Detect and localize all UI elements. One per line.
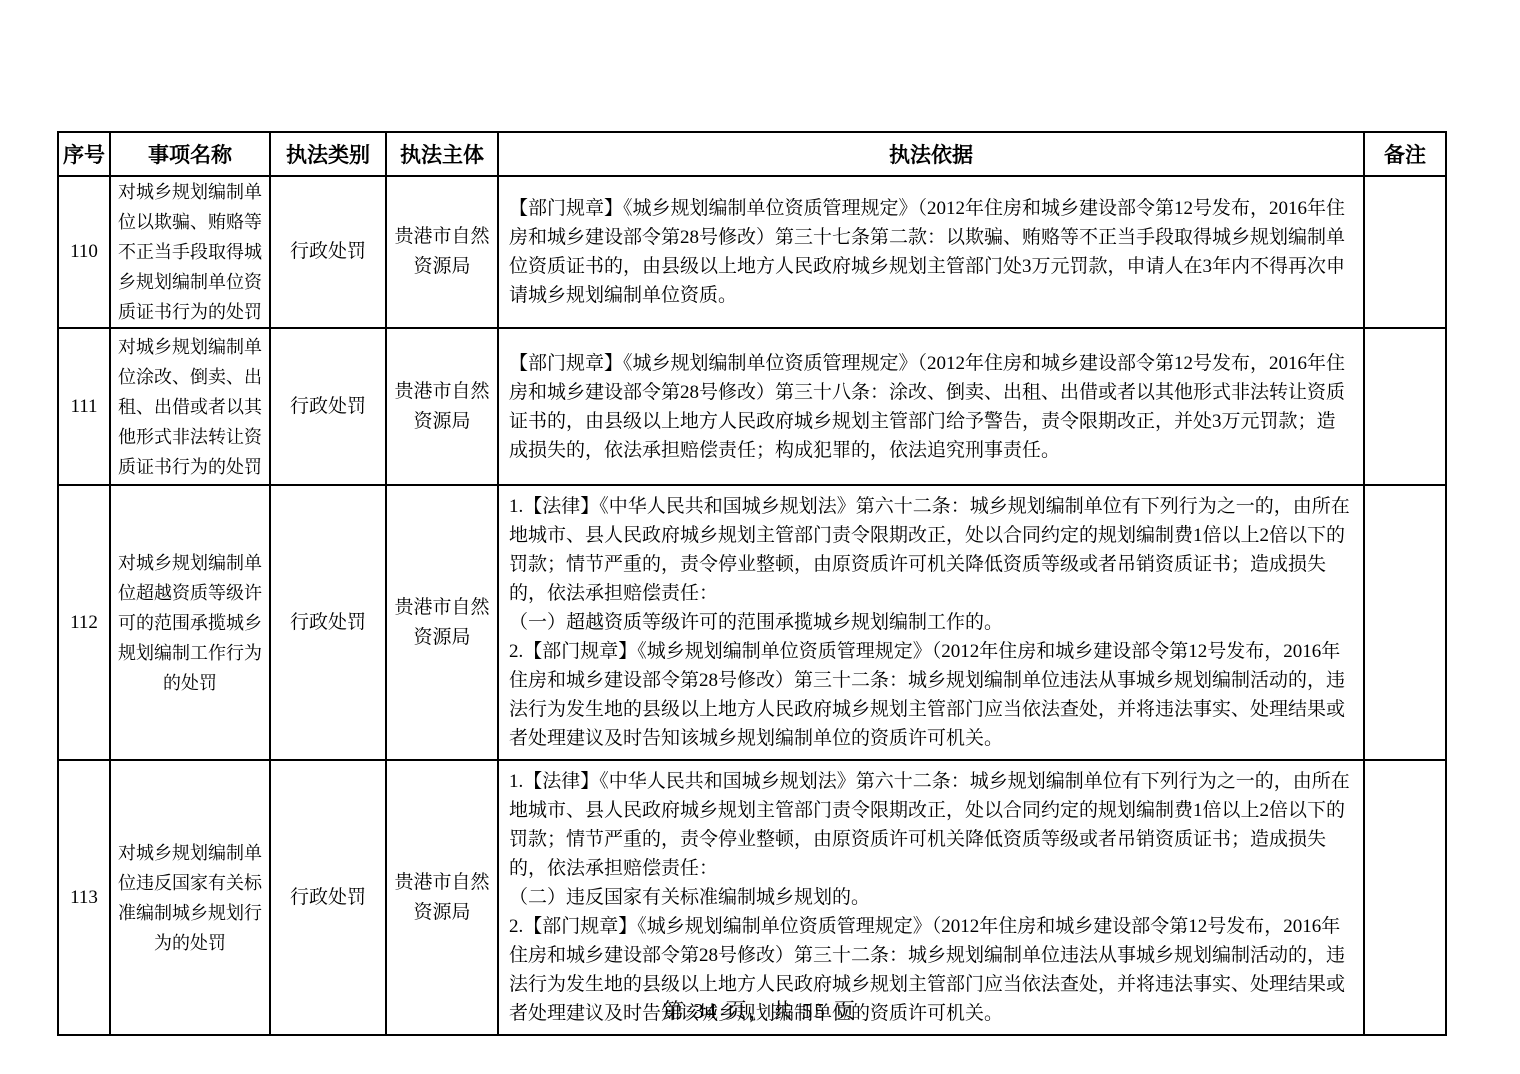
cell-item-name: 对城乡规划编制单位超越资质等级许可的范围承揽城乡规划编制工作行为的处罚 [110, 485, 270, 760]
cell-subject: 贵港市自然资源局 [386, 485, 498, 760]
cell-subject: 贵港市自然资源局 [386, 760, 498, 1035]
table-row: 112 对城乡规划编制单位超越资质等级许可的范围承揽城乡规划编制工作行为的处罚 … [58, 485, 1446, 760]
cell-basis: 1.【法律】《中华人民共和国城乡规划法》第六十二条：城乡规划编制单位有下列行为之… [498, 760, 1364, 1035]
document-page: 序号 事项名称 执法类别 执法主体 执法依据 备注 110 对城乡规划编制单位以… [0, 0, 1520, 1074]
cell-seq: 112 [58, 485, 110, 760]
page-number-footer: 第 34 页，共 55 页 [0, 995, 1520, 1025]
cell-remark [1364, 760, 1446, 1035]
cell-remark [1364, 485, 1446, 760]
cell-subject: 贵港市自然资源局 [386, 176, 498, 328]
table-row: 110 对城乡规划编制单位以欺骗、贿赂等不正当手段取得城乡规划编制单位资质证书行… [58, 176, 1446, 328]
column-header-remark: 备注 [1364, 132, 1446, 176]
cell-remark [1364, 176, 1446, 328]
column-header-basis: 执法依据 [498, 132, 1364, 176]
column-header-name: 事项名称 [110, 132, 270, 176]
cell-item-name: 对城乡规划编制单位违反国家有关标准编制城乡规划行为的处罚 [110, 760, 270, 1035]
basis-paragraph: 1.【法律】《中华人民共和国城乡规划法》第六十二条：城乡规划编制单位有下列行为之… [509, 492, 1353, 608]
header-row: 序号 事项名称 执法类别 执法主体 执法依据 备注 [58, 132, 1446, 176]
basis-paragraph: 【部门规章】《城乡规划编制单位资质管理规定》（2012年住房和城乡建设部令第12… [509, 349, 1353, 465]
cell-basis: 【部门规章】《城乡规划编制单位资质管理规定》（2012年住房和城乡建设部令第12… [498, 328, 1364, 485]
cell-category: 行政处罚 [270, 328, 386, 485]
cell-item-name: 对城乡规划编制单位以欺骗、贿赂等不正当手段取得城乡规划编制单位资质证书行为的处罚 [110, 176, 270, 328]
cell-item-name: 对城乡规划编制单位涂改、倒卖、出租、出借或者以其他形式非法转让资质证书行为的处罚 [110, 328, 270, 485]
cell-seq: 113 [58, 760, 110, 1035]
column-header-category: 执法类别 [270, 132, 386, 176]
table-row: 113 对城乡规划编制单位违反国家有关标准编制城乡规划行为的处罚 行政处罚 贵港… [58, 760, 1446, 1035]
cell-subject: 贵港市自然资源局 [386, 328, 498, 485]
basis-paragraph: 【部门规章】《城乡规划编制单位资质管理规定》（2012年住房和城乡建设部令第12… [509, 194, 1353, 310]
cell-seq: 111 [58, 328, 110, 485]
cell-category: 行政处罚 [270, 485, 386, 760]
basis-paragraph: （二）违反国家有关标准编制城乡规划的。 [509, 883, 1353, 912]
cell-category: 行政处罚 [270, 760, 386, 1035]
cell-basis: 【部门规章】《城乡规划编制单位资质管理规定》（2012年住房和城乡建设部令第12… [498, 176, 1364, 328]
cell-category: 行政处罚 [270, 176, 386, 328]
enforcement-items-table: 序号 事项名称 执法类别 执法主体 执法依据 备注 110 对城乡规划编制单位以… [57, 131, 1447, 1036]
column-header-seq: 序号 [58, 132, 110, 176]
cell-seq: 110 [58, 176, 110, 328]
basis-paragraph: 1.【法律】《中华人民共和国城乡规划法》第六十二条：城乡规划编制单位有下列行为之… [509, 767, 1353, 883]
column-header-subject: 执法主体 [386, 132, 498, 176]
basis-paragraph: （一）超越资质等级许可的范围承揽城乡规划编制工作的。 [509, 608, 1353, 637]
basis-paragraph: 2.【部门规章】《城乡规划编制单位资质管理规定》（2012年住房和城乡建设部令第… [509, 637, 1353, 753]
cell-remark [1364, 328, 1446, 485]
table-row: 111 对城乡规划编制单位涂改、倒卖、出租、出借或者以其他形式非法转让资质证书行… [58, 328, 1446, 485]
cell-basis: 1.【法律】《中华人民共和国城乡规划法》第六十二条：城乡规划编制单位有下列行为之… [498, 485, 1364, 760]
